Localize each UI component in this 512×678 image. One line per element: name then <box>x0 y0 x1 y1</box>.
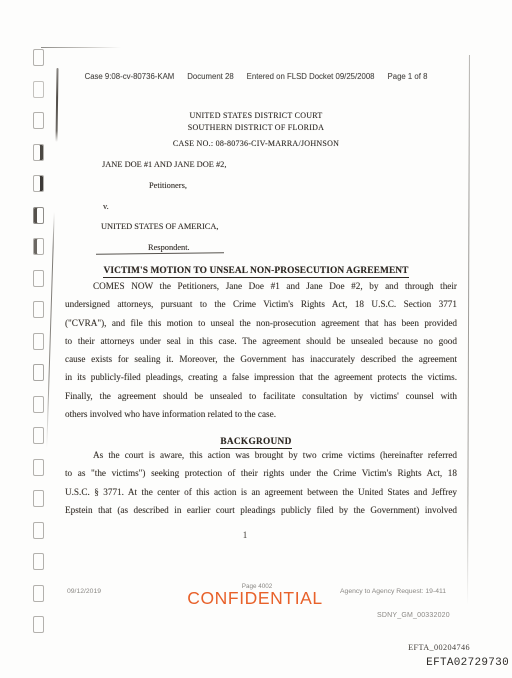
caption-petitioners-label: Petitioners, <box>149 181 187 190</box>
body-line: ("CVRA"), and file this motion to unseal… <box>65 318 457 336</box>
body-line: COMES NOW the Petitioners, Jane Doe #1 a… <box>65 281 457 299</box>
page-number: 1 <box>0 530 501 540</box>
body-line: Epstein that (as described in earlier co… <box>65 505 457 523</box>
body-line: undersigned attorneys, pursuant to the C… <box>65 299 457 317</box>
binder-hole <box>33 301 44 318</box>
binder-hole <box>33 364 44 381</box>
caption-respondent-name: UNITED STATES OF AMERICA, <box>101 222 219 231</box>
scanned-court-document-page: Case 9:08-cv-80736-KAM Document 28 Enter… <box>0 0 512 678</box>
court-name-line2: SOUTHERN DISTRICT OF FLORIDA <box>0 122 512 134</box>
caption-petitioners-names: JANE DOE #1 AND JANE DOE #2, <box>102 160 226 169</box>
binder-hole <box>33 459 44 476</box>
background-heading: BACKGROUND <box>0 431 512 449</box>
caption-divider-line <box>96 252 224 255</box>
body-line: others involved who have information rel… <box>65 409 457 427</box>
binder-hole <box>33 207 44 224</box>
body-line: As the court is aware, this action was b… <box>65 450 457 468</box>
caption-respondent-label: Respondent. <box>148 243 190 252</box>
paragraph-background: As the court is aware, this action was b… <box>65 450 457 524</box>
docket-page-count: Page 1 of 8 <box>388 72 428 81</box>
scan-artifact-line <box>46 212 54 448</box>
footer-agency-request: Agency to Agency Request: 19-411 <box>340 588 446 595</box>
motion-title: VICTIM'S MOTION TO UNSEAL NON-PROSECUTIO… <box>0 260 512 278</box>
binder-holes <box>33 49 44 633</box>
body-line: U.S.C. § 3771. At the center of this act… <box>65 487 457 505</box>
docket-entered-date: Entered on FLSD Docket 09/25/2008 <box>247 72 375 81</box>
footer-sdny-bates: SDNY_GM_00332020 <box>377 612 450 619</box>
binder-hole <box>33 553 44 570</box>
binder-hole <box>33 81 44 98</box>
body-line: to their attorneys under seal in this ca… <box>65 336 457 354</box>
body-line: to as "the victims") seeking protection … <box>65 468 457 486</box>
docket-case-number: Case 9:08-cv-80736-KAM <box>85 72 175 81</box>
bates-efta-small: EFTA_00204746 <box>330 643 470 652</box>
scan-edge-top-left <box>41 47 121 48</box>
binder-hole <box>33 616 44 633</box>
binder-hole <box>33 396 44 413</box>
binder-hole <box>33 49 44 66</box>
docket-document-number: Document 28 <box>187 72 233 81</box>
binder-hole <box>33 238 44 255</box>
binder-hole <box>33 333 44 350</box>
page-right-edge <box>467 55 470 605</box>
binder-hole <box>33 490 44 507</box>
court-name-line1: UNITED STATES DISTRICT COURT <box>0 110 512 122</box>
docket-header: Case 9:08-cv-80736-KAM Document 28 Enter… <box>0 72 512 81</box>
court-heading: UNITED STATES DISTRICT COURT SOUTHERN DI… <box>0 110 512 133</box>
binder-hole <box>33 175 44 192</box>
caption-versus: v. <box>103 202 109 211</box>
body-line: cause exists for sealing it. Moreover, t… <box>65 354 457 372</box>
body-line: Finally, the agreement should be unseale… <box>65 391 457 409</box>
bates-efta-large: EFTA02729730 <box>358 657 509 669</box>
body-line: in its publicly-filed pleadings, creatin… <box>65 372 457 390</box>
case-number-line: CASE NO.: 08-80736-CIV-MARRA/JOHNSON <box>0 139 512 148</box>
paragraph-comes-now: COMES NOW the Petitioners, Jane Doe #1 a… <box>65 281 457 427</box>
